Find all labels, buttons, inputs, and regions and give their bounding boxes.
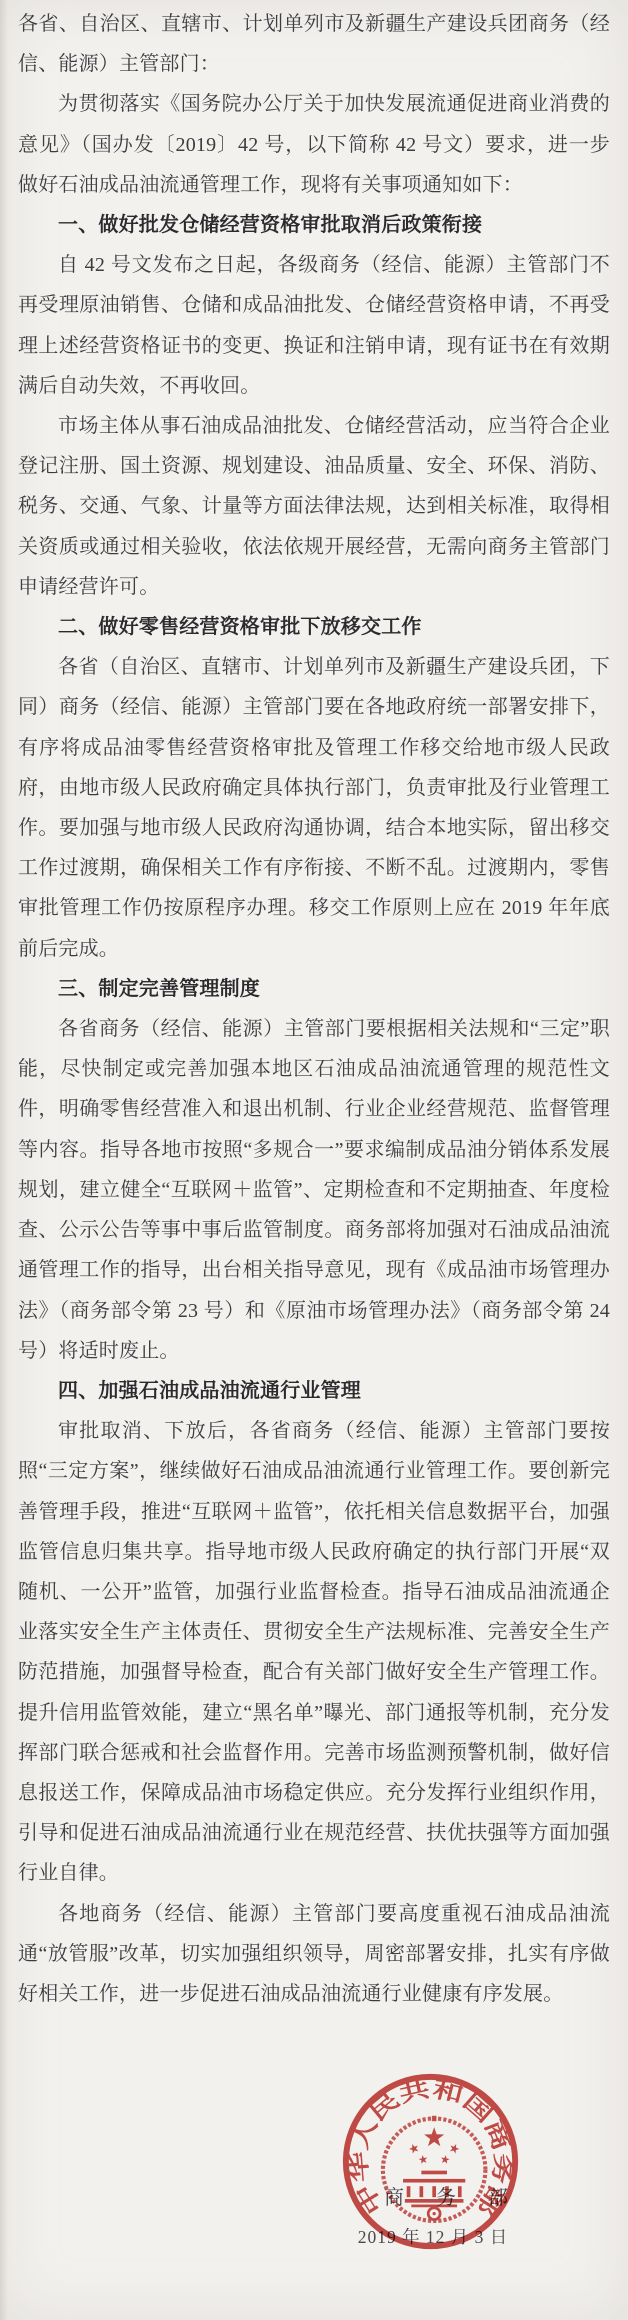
issue-date: 2019 年 12 月 3 日: [347, 2226, 519, 2248]
salutation: 各省、自治区、直辖市、计划单列市及新疆生产建设兵团商务（经信、能源）主管部门：: [18, 4, 610, 84]
section-4-paragraph-1: 审批取消、下放后，各省商务（经信、能源）主管部门要按照“三定方案”，继续做好石油…: [18, 1411, 610, 1893]
document-text: 各省、自治区、直辖市、计划单列市及新疆生产建设兵团商务（经信、能源）主管部门： …: [18, 4, 610, 2014]
issuer-name: 商务部: [384, 2186, 508, 2210]
section-3-paragraph-1: 各省商务（经信、能源）主管部门要根据相关法规和“三定”职能，尽快制定或完善加强本…: [18, 1009, 610, 1371]
section-4-heading: 四、加强石油成品油流通行业管理: [18, 1371, 610, 1411]
seal-arc-text: 中华人民共和国商务部: [346, 2076, 517, 2220]
section-2-heading: 二、做好零售经营资格审批下放移交工作: [18, 607, 610, 647]
section-3-heading: 三、制定完善管理制度: [18, 969, 610, 1009]
section-1-paragraph-1: 自 42 号文发布之日起，各级商务（经信、能源）主管部门不再受理原油销售、仓储和…: [18, 245, 610, 406]
section-1-paragraph-2: 市场主体从事石油成品油批发、仓储经营活动，应当符合企业登记注册、国土资源、规划建…: [18, 406, 610, 607]
section-1-heading: 一、做好批发仓储经营资格审批取消后政策衔接: [18, 205, 610, 245]
intro-paragraph: 为贯彻落实《国务院办公厅关于加快发展流通促进商业消费的意见》（国办发〔2019〕…: [18, 84, 610, 205]
national-emblem-icon: [383, 2116, 485, 2221]
closing-paragraph: 各地商务（经信、能源）主管部门要高度重视石油成品油流通“放管服”改革，切实加强组…: [18, 1894, 610, 2015]
document-page: 各省、自治区、直辖市、计划单列市及新疆生产建设兵团商务（经信、能源）主管部门： …: [0, 0, 628, 2320]
official-seal-icon: 中华人民共和国商务部: [339, 2070, 522, 2253]
section-2-paragraph-1: 各省（自治区、直辖市、计划单列市及新疆生产建设兵团，下同）商务（经信、能源）主管…: [18, 647, 610, 969]
seal-ring: [346, 2077, 515, 2246]
